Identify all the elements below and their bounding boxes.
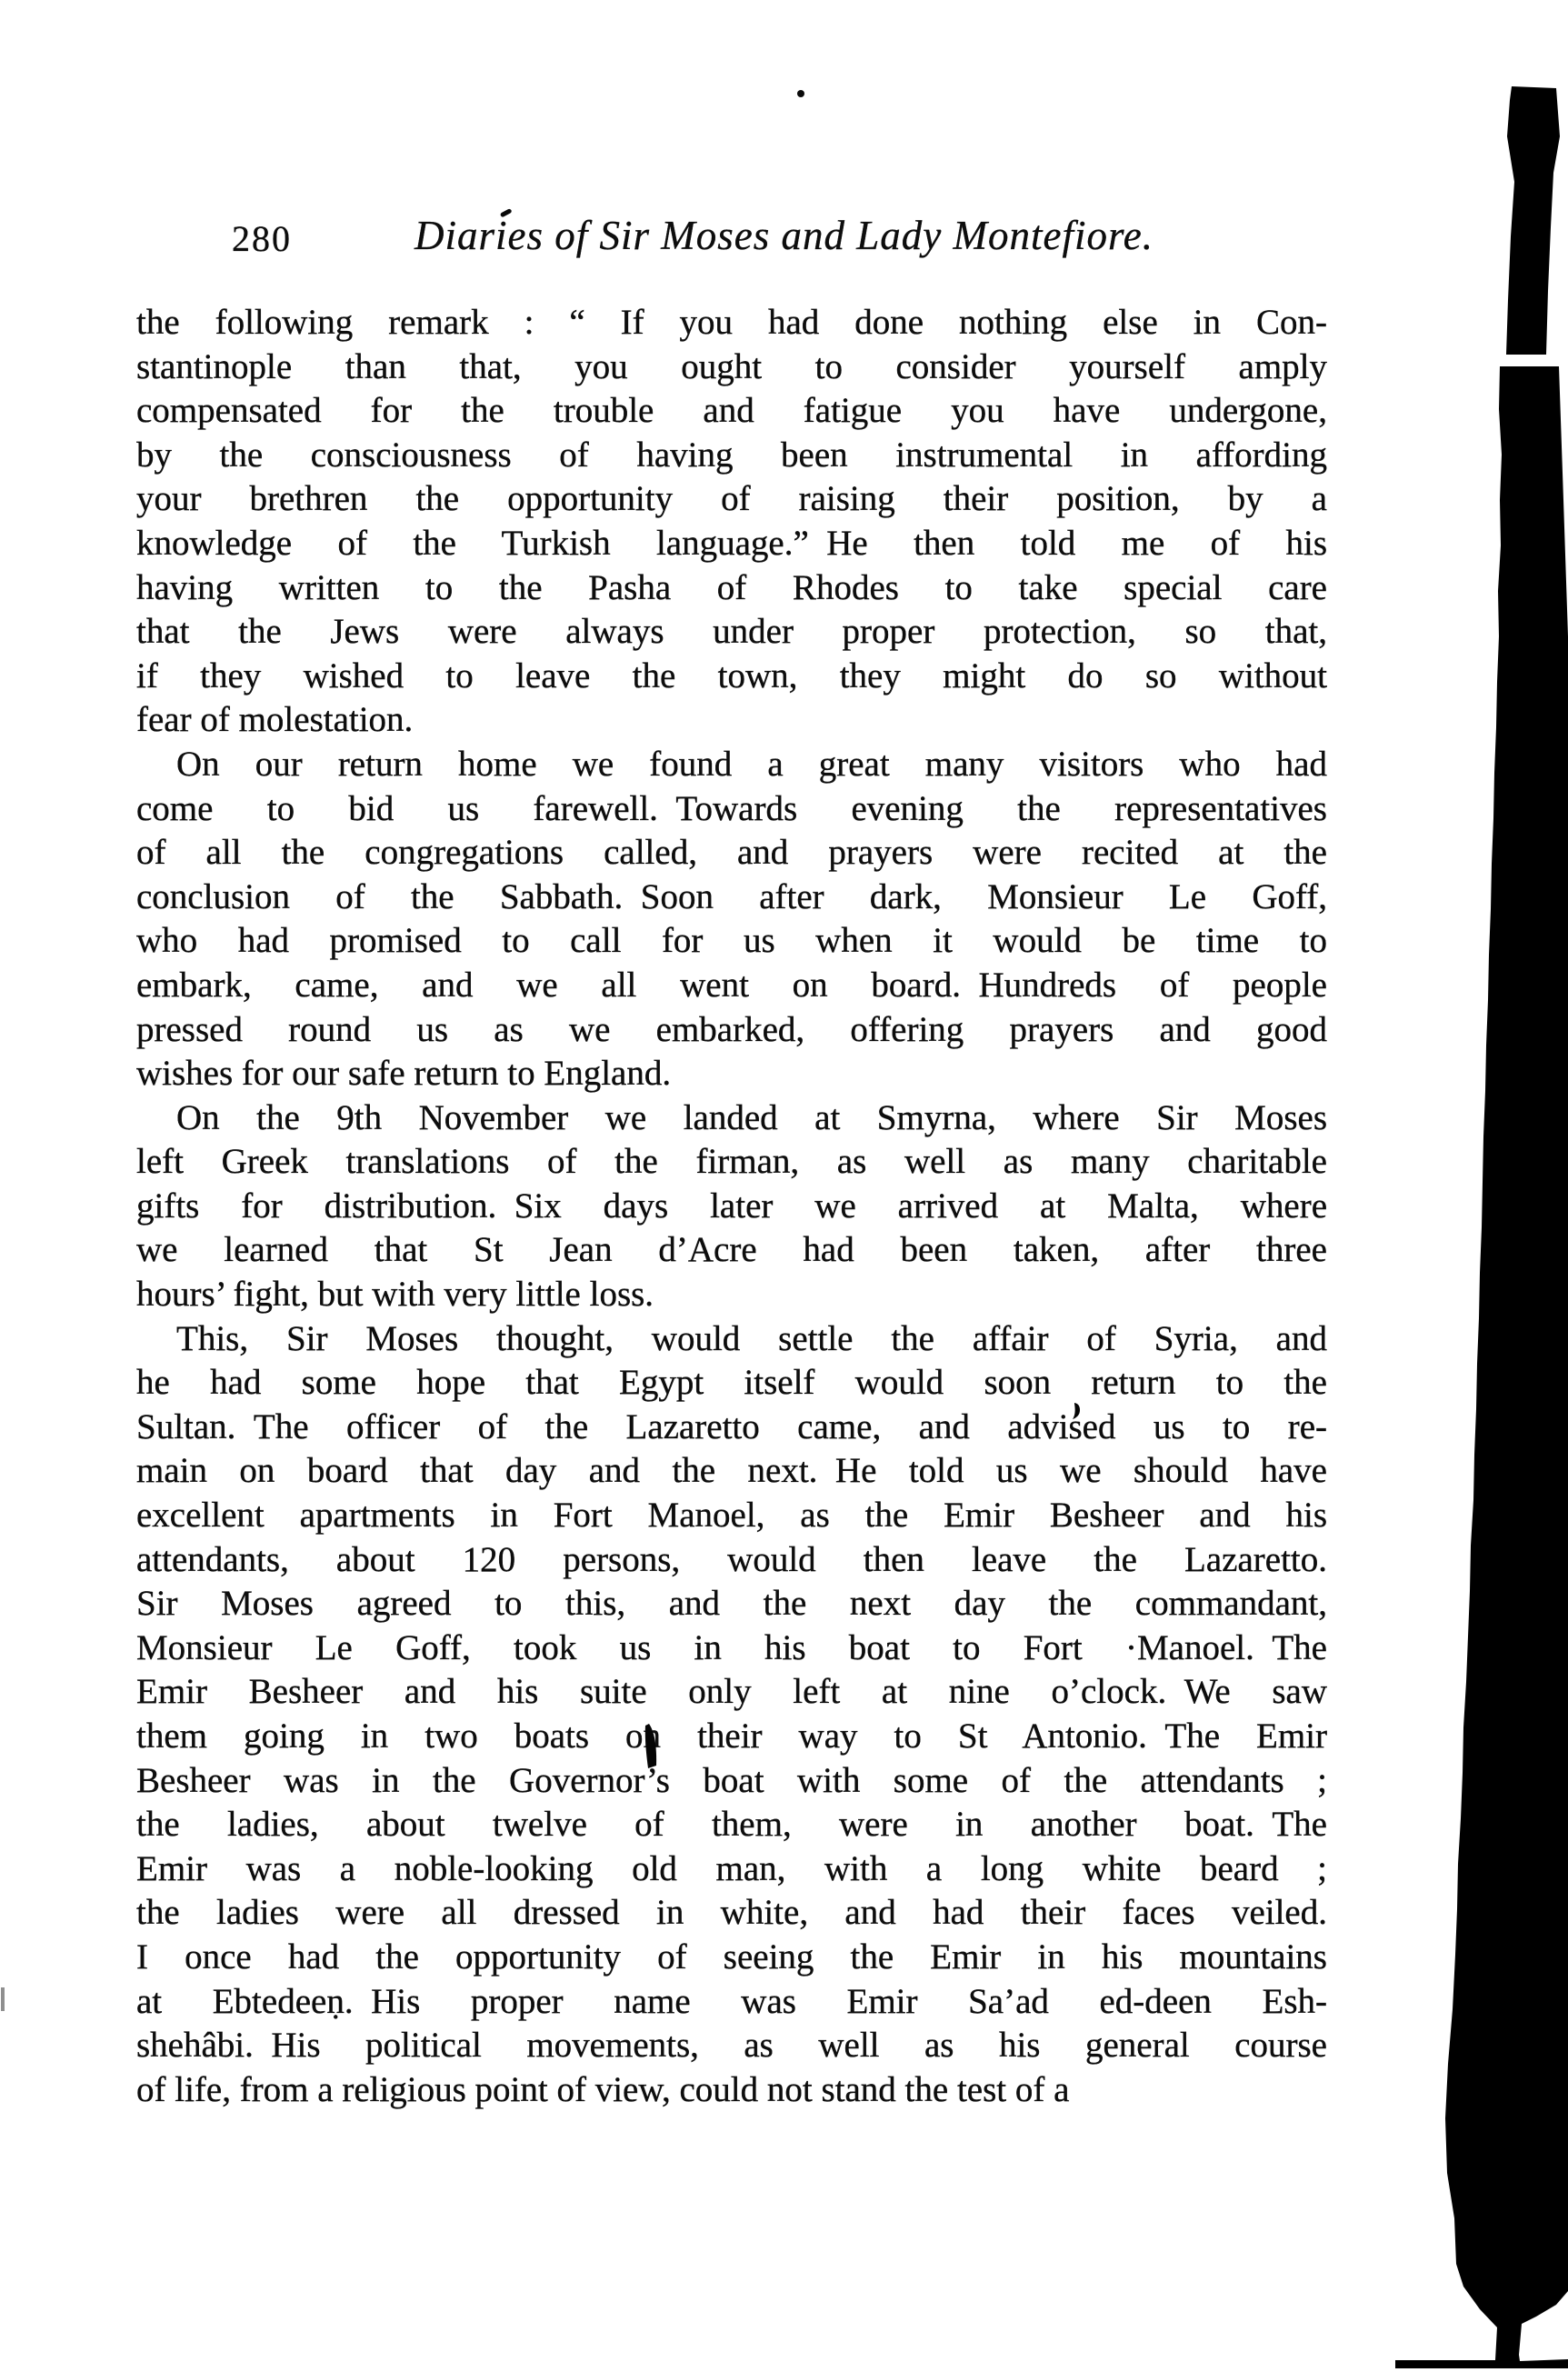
- text-line: the ladies were all dressed in white, an…: [136, 1891, 1327, 1936]
- text-line: having written to the Pasha of Rhodes to…: [136, 566, 1327, 611]
- text-line: attendants, about 120 persons, would the…: [136, 1538, 1327, 1583]
- paragraph: On the 9th November we landed at Smyrna,…: [136, 1096, 1327, 1317]
- text-line: fear of molestation.: [136, 698, 1327, 743]
- text-line: left Greek translations of the firman, a…: [136, 1140, 1327, 1185]
- text-line: Emir Besheer and his suite only left at …: [136, 1670, 1327, 1715]
- text-line: excellent apartments in Fort Manoel, as …: [136, 1494, 1327, 1538]
- text-line: Monsieur Le Goff, took us in his boat to…: [136, 1626, 1327, 1671]
- paragraph: the following remark : “ If you had done…: [136, 301, 1327, 743]
- text-line: at Ebtedeeṇ. His proper name was Emir Sa…: [136, 1980, 1327, 2025]
- text-line: This, Sir Moses thought, would settle th…: [136, 1317, 1327, 1362]
- text-line: the following remark : “ If you had done…: [136, 301, 1327, 345]
- text-line: Sultan. The officer of the Lazaretto cam…: [136, 1406, 1327, 1450]
- paragraph: This, Sir Moses thought, would settle th…: [136, 1317, 1327, 2113]
- text-line: he had some hope that Egypt itself would…: [136, 1361, 1327, 1406]
- text-line: the ladies, about twelve of them, were i…: [136, 1803, 1327, 1847]
- text-line: compensated for the trouble and fatigue …: [136, 389, 1327, 434]
- text-line: Sir Moses agreed to this, and the next d…: [136, 1582, 1327, 1626]
- text-line: pressed round us as we embarked, offerin…: [136, 1008, 1327, 1053]
- text-line: Besheer was in the Governor’s boat with …: [136, 1759, 1327, 1804]
- text-line: wishes for our safe return to England.: [136, 1052, 1327, 1096]
- page-body: the following remark : “ If you had done…: [136, 301, 1327, 2112]
- text-line: main on board that day and the next. He …: [136, 1449, 1327, 1494]
- text-line: come to bid us farewell. Towards evening…: [136, 787, 1327, 832]
- text-line: embark, came, and we all went on board. …: [136, 964, 1327, 1008]
- text-line: your brethren the opportunity of raising…: [136, 477, 1327, 522]
- text-line: shehâbi. His political movements, as wel…: [136, 2024, 1327, 2068]
- text-line: On the 9th November we landed at Smyrna,…: [136, 1096, 1327, 1141]
- text-line: who had promised to call for us when it …: [136, 919, 1327, 964]
- text-line: conclusion of the Sabbath. Soon after da…: [136, 876, 1327, 920]
- text-line: knowledge of the Turkish language.” He t…: [136, 522, 1327, 566]
- scan-artifact-right-strip: [1395, 366, 1568, 2368]
- text-line: that the Jews were always under proper p…: [136, 610, 1327, 655]
- text-line: gifts for distribution. Six days later w…: [136, 1185, 1327, 1229]
- book-page: Diaries of Sir Moses and Lady Montefiore…: [0, 0, 1568, 2372]
- text-line: I once had the opportunity of seeing the…: [136, 1936, 1327, 1980]
- scan-speck-dot: [797, 90, 804, 97]
- text-line: stantinople than that, you ought to cons…: [136, 345, 1327, 390]
- page-header: Diaries of Sir Moses and Lady Montefiore…: [0, 212, 1568, 266]
- text-line: if they wished to leave the town, they m…: [136, 655, 1327, 699]
- text-line: On our return home we found a great many…: [136, 743, 1327, 787]
- text-line: of life, from a religious point of view,…: [136, 2068, 1327, 2113]
- text-line: by the consciousness of having been inst…: [136, 434, 1327, 478]
- text-line: Emir was a noble-looking old man, with a…: [136, 1847, 1327, 1892]
- scan-left-edge-mark: [1, 1987, 5, 2011]
- text-line: them going in two boats on their way to …: [136, 1715, 1327, 1759]
- text-line: hours’ fight, but with very little loss.: [136, 1273, 1327, 1317]
- page-number: 280: [232, 217, 292, 260]
- text-line: of all the congregations called, and pra…: [136, 831, 1327, 876]
- paragraph: On our return home we found a great many…: [136, 743, 1327, 1096]
- text-line: we learned that St Jean d’Acre had been …: [136, 1228, 1327, 1273]
